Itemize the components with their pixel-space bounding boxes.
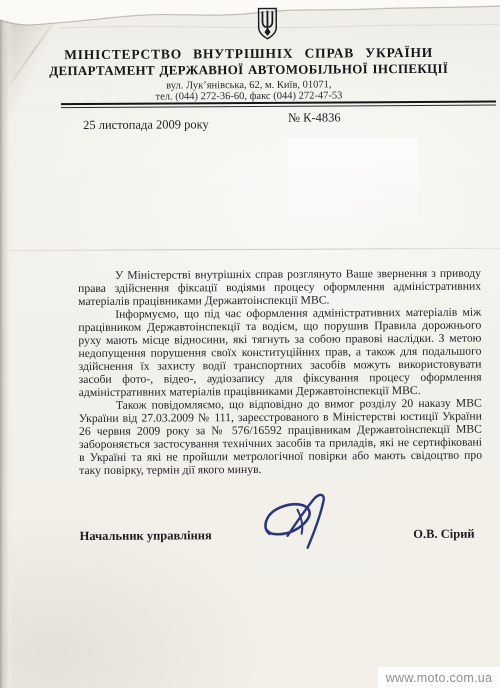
watermark-url: www.moto.com.ua — [386, 671, 493, 685]
department-name: ДЕПАРТАМЕНТ ДЕРЖАВНОЇ АВТОМОБІЛЬНОЇ ІНСП… — [0, 60, 499, 79]
paragraph-2: Інформуємо, що під час оформлення адміні… — [78, 306, 482, 399]
paragraph-1: У Міністерстві внутрішніх справ розгляну… — [78, 267, 481, 308]
letter-content: МІНІСТЕРСТВО ВНУТРІШНІХ СПРАВ УКРАЇНИ ДЕ… — [0, 0, 500, 688]
letter-date: 25 листопада 2009 року — [83, 117, 209, 133]
watermark-strip: www.moto.com.ua — [378, 667, 500, 688]
signer-position: Начальник управління — [80, 528, 212, 544]
letter-number: № К-4836 — [288, 110, 341, 125]
letter-body: У Міністерстві внутрішніх справ розгляну… — [78, 267, 482, 477]
ukraine-trident-emblem-icon — [256, 7, 278, 41]
handwritten-signature — [257, 489, 341, 554]
paragraph-3: Також повідомляємо, що відповідно до вим… — [79, 397, 482, 477]
signer-name: О.В. Сірий — [380, 527, 475, 543]
scanned-letter: МІНІСТЕРСТВО ВНУТРІШНІХ СПРАВ УКРАЇНИ ДЕ… — [0, 0, 500, 688]
